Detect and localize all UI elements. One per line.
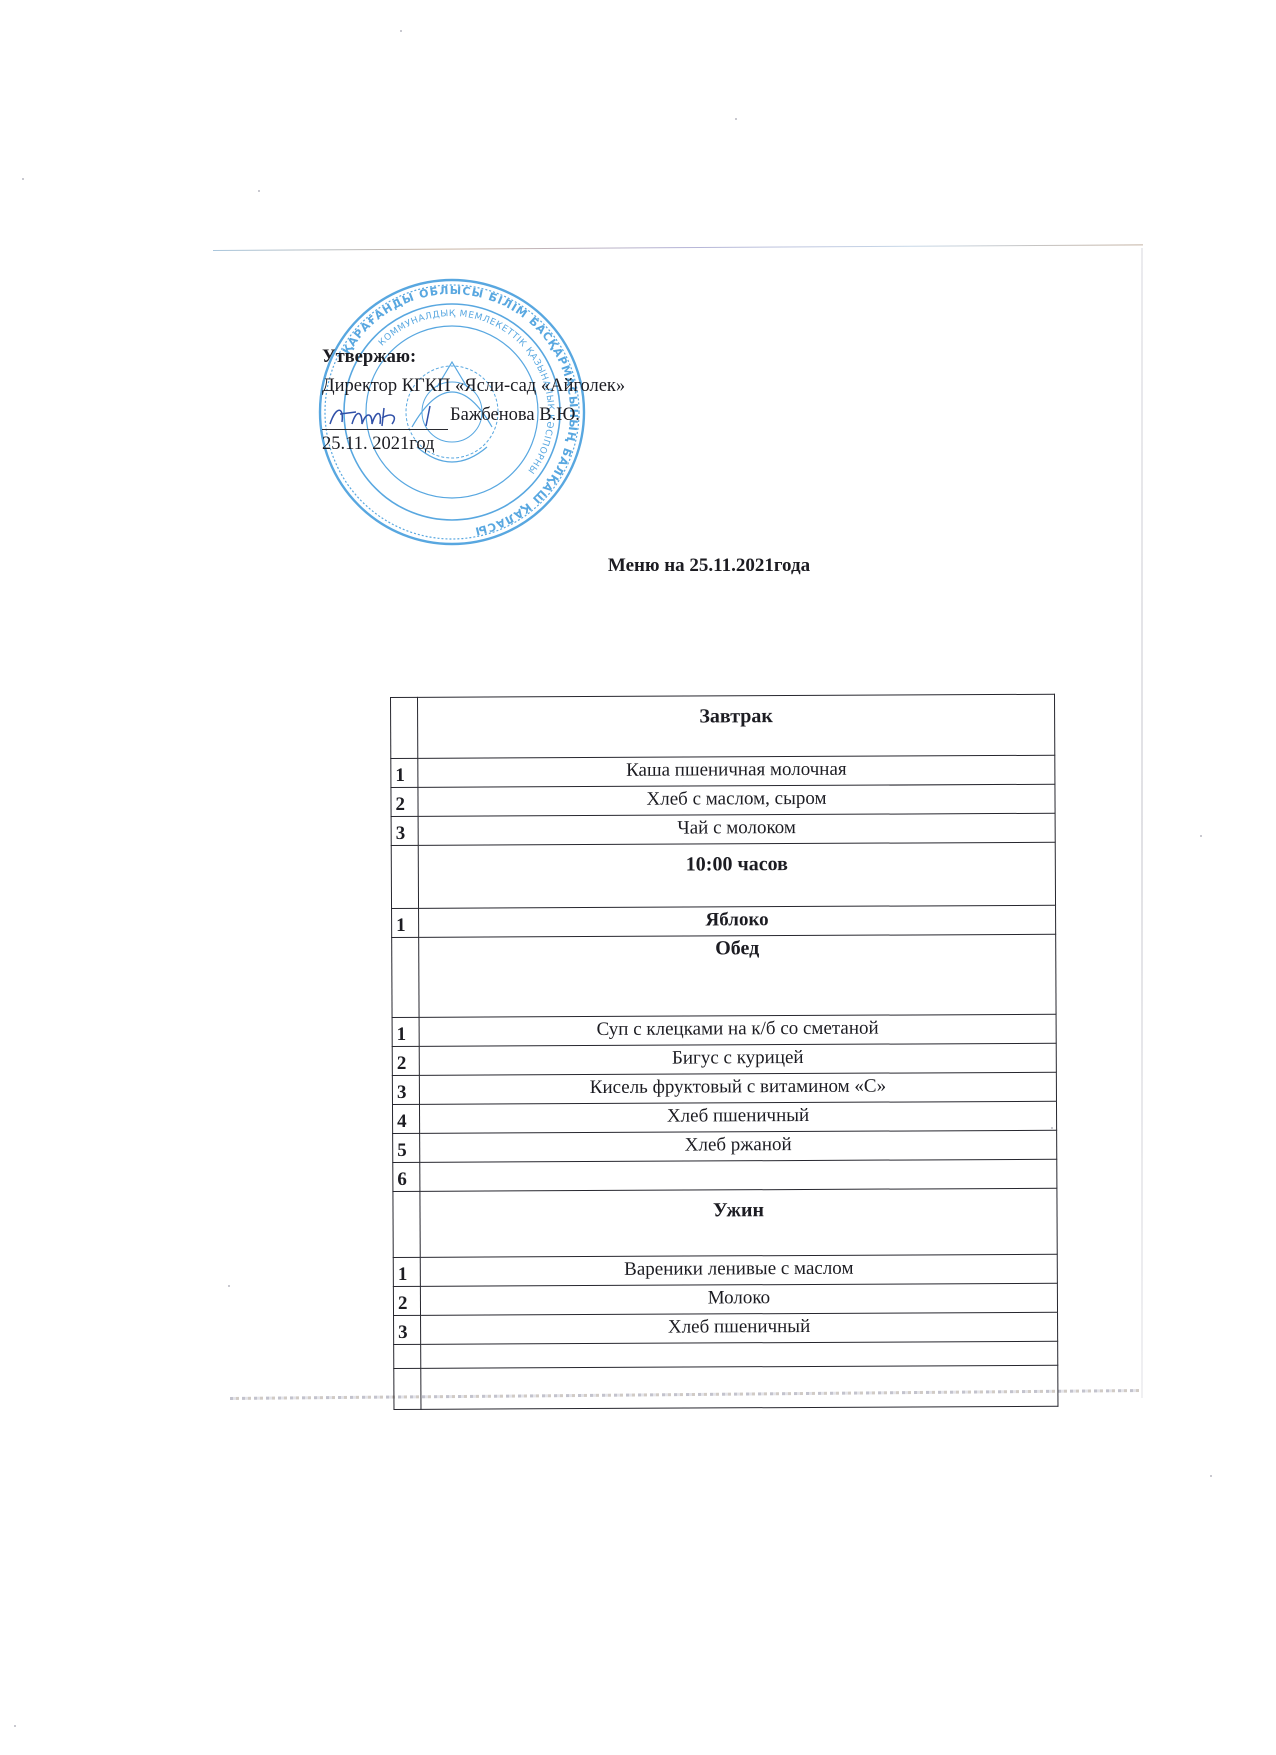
table-row: 3 Кисель фруктовый с витамином «С» bbox=[392, 1072, 1056, 1104]
approval-heading: Утвержаю: bbox=[322, 343, 625, 372]
item-number: 6 bbox=[393, 1162, 420, 1191]
item-name: Чай с молоком bbox=[418, 813, 1055, 845]
section-title: 10:00 часов bbox=[418, 842, 1055, 908]
item-name: Хлеб пшеничный bbox=[421, 1312, 1058, 1344]
item-name: Суп с клецками на к/б со сметаной bbox=[419, 1014, 1056, 1046]
section-title: Ужин bbox=[420, 1188, 1057, 1257]
scan-speck bbox=[14, 1725, 16, 1727]
item-number: 1 bbox=[393, 1257, 420, 1286]
scan-speck bbox=[22, 178, 24, 180]
scan-speck bbox=[735, 118, 737, 120]
item-number: 1 bbox=[392, 1017, 419, 1046]
menu-table: Завтрак 1 Каша пшеничная молочная 2 Хлеб… bbox=[390, 694, 1058, 1410]
signature-row: Бажбенова В.Ю. bbox=[322, 401, 625, 430]
scan-paper-top-edge bbox=[213, 244, 1143, 251]
item-number: 3 bbox=[394, 1315, 421, 1344]
section-header-lunch: Обед bbox=[392, 934, 1056, 1017]
item-name: Каша пшеничная молочная bbox=[418, 755, 1055, 787]
scan-speck bbox=[258, 190, 260, 192]
section-title: Завтрак bbox=[418, 694, 1055, 758]
table-row: 4 Хлеб пшеничный bbox=[392, 1101, 1056, 1133]
approval-date: 25.11. 2021год bbox=[322, 430, 625, 459]
approval-signatory: Бажбенова В.Ю. bbox=[450, 405, 580, 425]
table-row-empty bbox=[394, 1365, 1058, 1409]
table-row: 5 Хлеб ржаной bbox=[393, 1130, 1057, 1162]
table-row: 1 Вареники ленивые с маслом bbox=[393, 1254, 1057, 1286]
table-row-empty bbox=[394, 1341, 1058, 1368]
section-header-snack: 10:00 часов bbox=[391, 842, 1055, 908]
table-row: 3 Чай с молоком bbox=[391, 813, 1055, 845]
signature-line bbox=[322, 408, 448, 430]
scan-speck bbox=[1210, 1475, 1212, 1477]
section-header-breakfast: Завтрак bbox=[391, 694, 1055, 758]
table-row: 1 Яблоко bbox=[392, 905, 1056, 937]
table-row: 1 Суп с клецками на к/б со сметаной bbox=[392, 1014, 1056, 1046]
item-number: 3 bbox=[391, 816, 418, 845]
item-number: 2 bbox=[391, 787, 418, 816]
item-name: Хлеб пшеничный bbox=[419, 1101, 1056, 1133]
item-name: Вареники ленивые с маслом bbox=[420, 1254, 1057, 1286]
item-number: 1 bbox=[392, 908, 419, 937]
item-number: 5 bbox=[393, 1133, 420, 1162]
item-name: Кисель фруктовый с витамином «С» bbox=[419, 1072, 1056, 1104]
item-name: Бигус с курицей bbox=[419, 1043, 1056, 1075]
item-number: 2 bbox=[392, 1046, 419, 1075]
item-number: 1 bbox=[391, 758, 418, 787]
table-row: 6 bbox=[393, 1159, 1057, 1191]
table-row: 3 Хлеб пшеничный bbox=[394, 1312, 1058, 1344]
approval-position: Директор КГКП «Ясли-сад «Айголек» bbox=[322, 372, 625, 401]
page-title: Меню на 25.11.2021года bbox=[0, 555, 1276, 577]
scan-speck bbox=[400, 30, 402, 32]
item-name: Хлеб с маслом, сыром bbox=[418, 784, 1055, 816]
approval-block: Утвержаю: Директор КГКП «Ясли-сад «Айгол… bbox=[322, 343, 625, 459]
item-number: 3 bbox=[392, 1075, 419, 1104]
section-title: Обед bbox=[419, 934, 1056, 1017]
signature-icon bbox=[326, 402, 436, 432]
table-row: 2 Хлеб с маслом, сыром bbox=[391, 784, 1055, 816]
item-number: 4 bbox=[392, 1104, 419, 1133]
section-header-dinner: Ужин bbox=[393, 1188, 1057, 1257]
item-name: Яблоко bbox=[419, 905, 1056, 937]
scan-paper-right-edge bbox=[1141, 248, 1143, 1398]
item-name: Хлеб ржаной bbox=[420, 1130, 1057, 1162]
item-name: Молоко bbox=[420, 1283, 1057, 1315]
item-number: 2 bbox=[393, 1286, 420, 1315]
scan-speck bbox=[228, 1285, 230, 1287]
scan-speck bbox=[1200, 835, 1202, 837]
table-row: 2 Бигус с курицей bbox=[392, 1043, 1056, 1075]
table-row: 2 Молоко bbox=[393, 1283, 1057, 1315]
table-row: 1 Каша пшеничная молочная bbox=[391, 755, 1055, 787]
item-name bbox=[420, 1159, 1057, 1191]
